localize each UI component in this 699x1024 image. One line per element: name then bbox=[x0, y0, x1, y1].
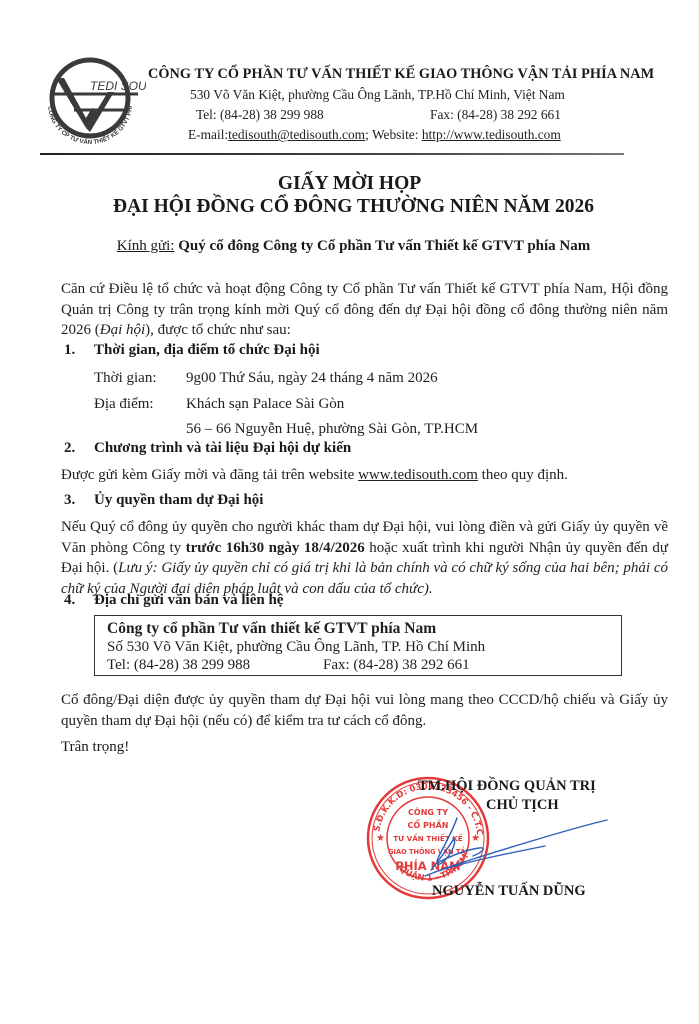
section-2-heading: 2.Chương trình và tài liệu Đại hội dự ki… bbox=[64, 440, 351, 457]
svg-text:CÔNG TY CP TƯ VẤN THIẾT KẾ GTV: CÔNG TY CP TƯ VẤN THIẾT KẾ GTVT PHÍA NAM bbox=[34, 52, 134, 146]
recipient-name: Quý cổ đông Công ty Cổ phần Tư vấn Thiết… bbox=[174, 238, 590, 254]
section-2-text: Được gửi kèm Giấy mời và đăng tải trên w… bbox=[61, 467, 358, 483]
section-2-text-end: theo quy định. bbox=[478, 467, 568, 483]
svg-text:★: ★ bbox=[376, 833, 385, 844]
intro-paragraph: Căn cứ Điều lệ tổ chức và hoạt động Công… bbox=[61, 279, 668, 341]
intro-text-end: ), được tổ chức như sau: bbox=[145, 322, 291, 338]
contact-box: Công ty cổ phần Tư vấn thiết kế GTVT phí… bbox=[94, 615, 622, 676]
handwritten-signature-icon bbox=[395, 810, 615, 890]
note-label: Lưu ý bbox=[118, 560, 152, 576]
contact-address: Số 530 Võ Văn Kiệt, phường Cầu Ông Lãnh,… bbox=[107, 638, 621, 656]
venue-value: Khách sạn Palace Sài Gòn bbox=[186, 396, 344, 413]
section-3-body: Nếu Quý cổ đông ủy quyền cho người khác … bbox=[61, 517, 668, 599]
section-1-heading: 1.Thời gian, địa điểm tổ chức Đại hội bbox=[64, 342, 320, 359]
section-title: Địa chỉ gửi văn bản và liên hệ bbox=[94, 592, 283, 608]
recipient-label: Kính gửi: bbox=[117, 238, 175, 254]
venue-label: Địa điểm: bbox=[94, 396, 154, 413]
invitation-document: TEDI SOUTH CÔNG TY CP TƯ VẤN THIẾT KẾ GT… bbox=[0, 0, 699, 1024]
section-title: Ủy quyền tham dự Đại hội bbox=[94, 492, 263, 508]
proxy-deadline: trước 16h30 ngày 18/4/2026 bbox=[186, 540, 365, 556]
email-label: E-mail: bbox=[188, 127, 228, 142]
section-number: 2. bbox=[64, 440, 94, 457]
website-link[interactable]: www.tedisouth.com bbox=[358, 467, 478, 483]
svg-text:TEDI SOUTH: TEDI SOUTH bbox=[90, 79, 146, 93]
contact-fax: Fax: (84-28) 38 292 661 bbox=[323, 656, 470, 674]
company-contact: E-mail:tedisouth@tedisouth.com; Website:… bbox=[188, 127, 561, 143]
regards: Trân trọng! bbox=[61, 739, 129, 756]
email-link[interactable]: tedisouth@tedisouth.com bbox=[228, 127, 365, 142]
section-number: 3. bbox=[64, 492, 94, 509]
section-number: 1. bbox=[64, 342, 94, 359]
contact-separator: ; bbox=[365, 127, 372, 142]
signature-on-behalf: TM.HỘI ĐỒNG QUẢN TRỊ bbox=[418, 778, 596, 795]
contact-phone-row: Tel: (84-28) 38 299 988 Fax: (84-28) 38 … bbox=[107, 656, 621, 674]
company-fax: Fax: (84-28) 38 292 661 bbox=[430, 107, 561, 123]
tedi-south-logo-icon: TEDI SOUTH CÔNG TY CP TƯ VẤN THIẾT KẾ GT… bbox=[34, 52, 146, 148]
contact-tel: Tel: (84-28) 38 299 988 bbox=[107, 656, 250, 674]
section-title: Chương trình và tài liệu Đại hội dự kiến bbox=[94, 440, 351, 456]
section-title: Thời gian, địa điểm tổ chức Đại hội bbox=[94, 342, 320, 358]
recipient-line: Kính gửi: Quý cổ đông Công ty Cổ phần Tư… bbox=[0, 238, 699, 255]
company-name: CÔNG TY CỔ PHẦN TƯ VẤN THIẾT KẾ GIAO THÔ… bbox=[148, 66, 678, 83]
letterhead-divider bbox=[40, 153, 624, 155]
intro-italic: Đại hội bbox=[100, 322, 145, 338]
venue-address: 56 – 66 Nguyễn Huệ, phường Sài Gòn, TP.H… bbox=[186, 421, 478, 438]
document-subtitle: ĐẠI HỘI ĐỒNG CỔ ĐÔNG THƯỜNG NIÊN NĂM 202… bbox=[0, 196, 699, 218]
section-number: 4. bbox=[64, 592, 94, 609]
contact-company-name: Công ty cổ phần Tư vấn thiết kế GTVT phí… bbox=[107, 620, 621, 638]
website-link[interactable]: http://www.tedisouth.com bbox=[422, 127, 561, 142]
time-label: Thời gian: bbox=[94, 370, 157, 387]
time-value: 9g00 Thứ Sáu, ngày 24 tháng 4 năm 2026 bbox=[186, 370, 438, 387]
website-label: Website: bbox=[372, 127, 422, 142]
section-3-heading: 3.Ủy quyền tham dự Đại hội bbox=[64, 492, 263, 509]
company-tel: Tel: (84-28) 38 299 988 bbox=[196, 107, 324, 123]
section-4-heading: 4.Địa chỉ gửi văn bản và liên hệ bbox=[64, 592, 283, 609]
section-2-body: Được gửi kèm Giấy mời và đăng tải trên w… bbox=[61, 465, 668, 486]
company-address: 530 Võ Văn Kiệt, phường Cầu Ông Lãnh, TP… bbox=[190, 87, 565, 103]
document-title: GIẤY MỜI HỌP bbox=[0, 173, 699, 195]
closing-note: Cổ đông/Đại diện được ủy quyền tham dự Đ… bbox=[61, 690, 668, 731]
